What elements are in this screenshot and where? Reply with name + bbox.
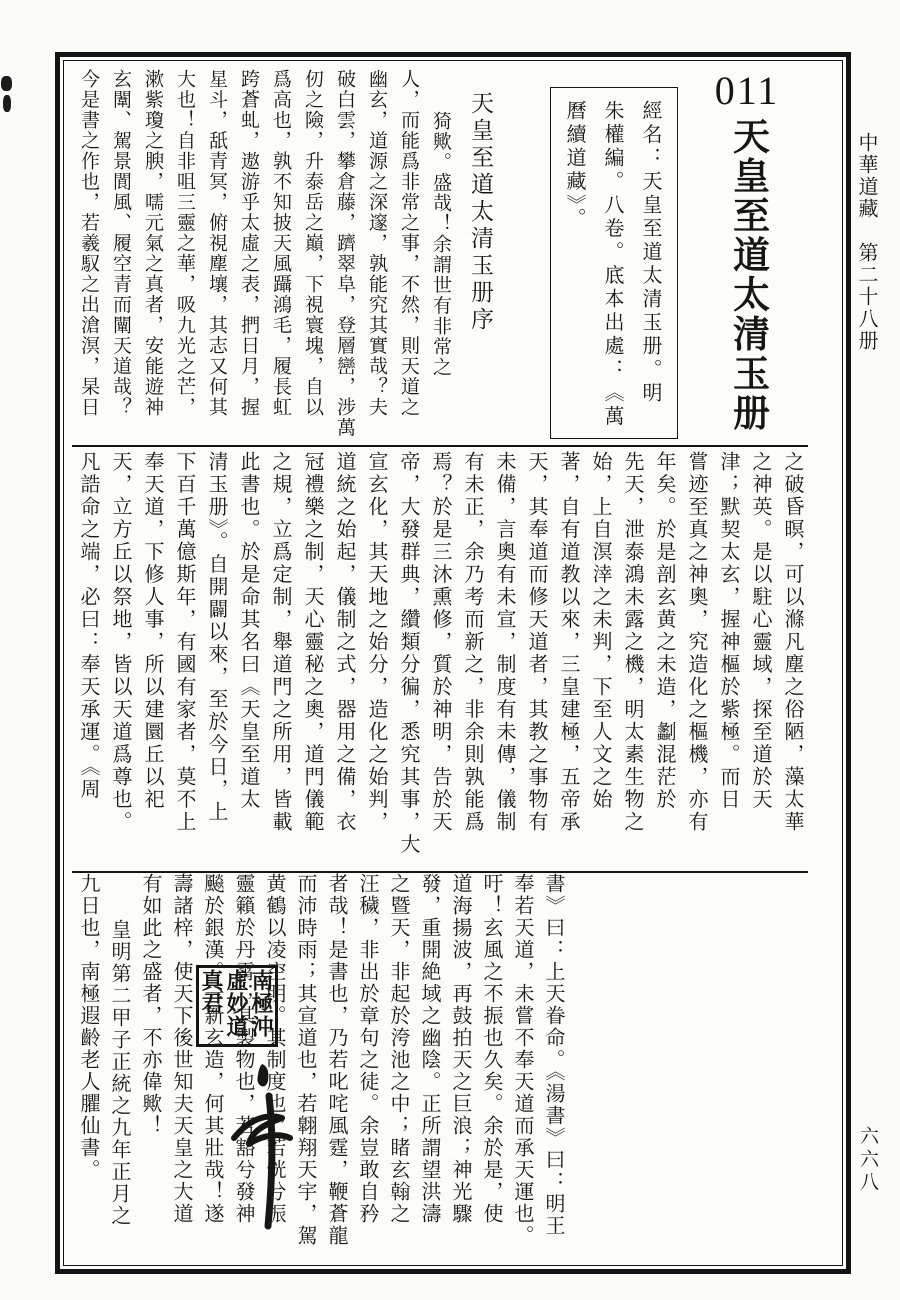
volume-label: 中華道藏 第二十八册 (856, 132, 876, 352)
body-column: 之破昏暝，可以滌凡塵之俗陋，藻太華 (776, 451, 808, 867)
colophon-column: 發，重開絶域之幽陰。正所謂望洪濤 (413, 873, 444, 1254)
preface-column: 猗歟。盛哉！余謂世有非常之 (424, 69, 456, 445)
annotation-column: 曆續道藏》。 (555, 100, 593, 426)
body-column: 天，其奉道而修天道者，其教之事物有 (520, 451, 552, 867)
page-number: 六六八 (858, 1126, 877, 1195)
body-column: 津；默契太玄，握神樞於紫極。而日 (712, 451, 744, 867)
body-column: 道統之始起，儀制之式，器用之備，衣 (328, 451, 360, 867)
colophon-column: 九日也，南極遐齡老人臞仙書。 (72, 873, 103, 1254)
seal-stamp: 南極沖虛妙道真君 (196, 965, 278, 1047)
annotation-column: 經名：天皇至道太清玉册。明 (631, 100, 669, 426)
scan-artifact (1, 76, 12, 91)
body-column: 下百千萬億斯年，有國有家者，莫不上 (168, 451, 200, 867)
section-top: 011 天皇至道太清玉册 經名：天皇至道太清玉册。明 朱權編。八卷。底本出處：《… (72, 69, 802, 445)
preface-column: 人，而能爲非常之事，不然，則天道之 (392, 69, 424, 445)
body-column: 宣玄化，其天地之始分，造化之始判， (360, 451, 392, 867)
body-column: 未備，言奧有未宣，制度有未傳，儀制 (488, 451, 520, 867)
body-column: 之神英。是以駐心靈域，探至道於天 (744, 451, 776, 867)
body-column: 始，上自溟涬之未判，下至人文之始 (584, 451, 616, 867)
colophon-column: 者哉！是書也，乃若叱咤風霆，鞭蒼龍 (320, 873, 351, 1254)
body-column: 嘗迹至真之神奧，究造化之樞機，亦有 (680, 451, 712, 867)
body-column: 奉天道，下修人事，所以建圜丘以祀 (136, 451, 168, 867)
preface-column: 跨蒼虬，遨游乎太虛之表，捫日月，握 (232, 69, 264, 445)
body-column: 帝，大發群典，纘類分徧，悉究其事，大 (392, 451, 424, 867)
page: { "margin": { "volume_label": "中華道藏 第二十八… (0, 0, 900, 1300)
preface-column: 大也！自非咀三靈之華，吸九光之芒， (168, 69, 200, 445)
body-column: 有未正，余乃考而新之，非余則孰能爲 (456, 451, 488, 867)
signature-flourish (228, 1058, 300, 1233)
body-column: 凡誥命之端，必曰：奉天承運。《周 (72, 451, 104, 867)
colophon-column: 書》曰：上天眷命。《湯書》曰：明王 (537, 873, 568, 1254)
colophon-column: 奉若天道，未嘗不奉天道而承天運也。 (506, 873, 537, 1254)
colophon-column: 汪穢，非出於章句之徒。余豈敢自矜 (351, 873, 382, 1254)
body-column: 之規，立爲定制，舉道門之所用，皆載 (264, 451, 296, 867)
body-column: 先天，泄泰鴻未露之機，明太素生物之 (616, 451, 648, 867)
colophon-column: 吁！玄風之不振也久矣。余於是，使 (475, 873, 506, 1254)
preface-column: 爲高也，孰不知披天風躡鴻毛，履長虹 (264, 69, 296, 445)
body-column: 天，立方丘以祭地，皆以天道爲尊也。 (104, 451, 136, 867)
annotation-box: 經名：天皇至道太清玉册。明 朱權編。八卷。底本出處：《萬 曆續道藏》。 (550, 87, 678, 439)
body-column: 清玉册》。自開闢以來，至於今日，上 (200, 451, 232, 867)
colophon-column: 之暨天，非起於洿池之中；睹玄翰之 (382, 873, 413, 1254)
entry-title: 天皇至道太清玉册 (729, 117, 766, 439)
section-bottom: 書》曰：上天眷命。《湯書》曰：明王 奉若天道，未嘗不奉天道而承天運也。 吁！玄風… (72, 873, 568, 1254)
entry-heading: 011 天皇至道太清玉册 (692, 69, 802, 441)
colophon-column: 壽諸梓，使天下後世知夫天皇之大道 (165, 873, 196, 1254)
scan-artifact (3, 95, 11, 112)
body-column: 年矣。於是剖玄黄之未造，劙混茫於 (648, 451, 680, 867)
preface-column: 今是書之作也，若羲馭之出滄溟，杲日 (72, 69, 104, 445)
body-column: 焉？於是三沐熏修，質於神明，告於天 (424, 451, 456, 867)
preface-column: 玄闈、駕景閬風、履空青而闡天道哉？ (104, 69, 136, 445)
preface-column: 幽玄，道源之深邃，孰能究其實哉？夫 (360, 69, 392, 445)
colophon-column: 皇明第二甲子正統之九年正月之 (103, 873, 134, 1254)
colophon-column: 飈於銀漢。一新玄造，何其壯哉！遂 (196, 873, 227, 1254)
annotation-column: 朱權編。八卷。底本出處：《萬 (593, 100, 631, 426)
entry-number: 011 (692, 69, 802, 113)
preface-column: 星斗，舐青冥，俯視塵壤，其志又何其 (200, 69, 232, 445)
preface-column: 仞之險，升泰岳之巔，下視寰塊，自以 (296, 69, 328, 445)
preface-section-title: 天皇至道太清玉册序 (462, 69, 498, 445)
preface-column: 漱紫瓊之腴，嚅元氣之真者，安能遊神 (136, 69, 168, 445)
preface-column: 破白雲，攀倉藤，躋翠阜，登層巒，涉萬 (328, 69, 360, 445)
section-middle: 之破昏暝，可以滌凡塵之俗陋，藻太華 之神英。是以駐心靈域，探至道於天 津；默契太… (72, 445, 808, 873)
colophon-column: 有如此之盛者，不亦偉歟！ (134, 873, 165, 1254)
body-column: 著，自有道教以來，三皇建極，五帝承 (552, 451, 584, 867)
body-column: 冠禮樂之制，天心靈秘之奧，道門儀範 (296, 451, 328, 867)
inner-frame: 011 天皇至道太清玉册 經名：天皇至道太清玉册。明 朱權編。八卷。底本出處：《… (63, 60, 843, 1266)
body-column: 此書也。於是命其名曰《天皇至道太 (232, 451, 264, 867)
outer-frame: 011 天皇至道太清玉册 經名：天皇至道太清玉册。明 朱權編。八卷。底本出處：《… (55, 52, 851, 1274)
colophon-column: 道海揚波，再鼓拍天之巨浪；神光驟 (444, 873, 475, 1254)
